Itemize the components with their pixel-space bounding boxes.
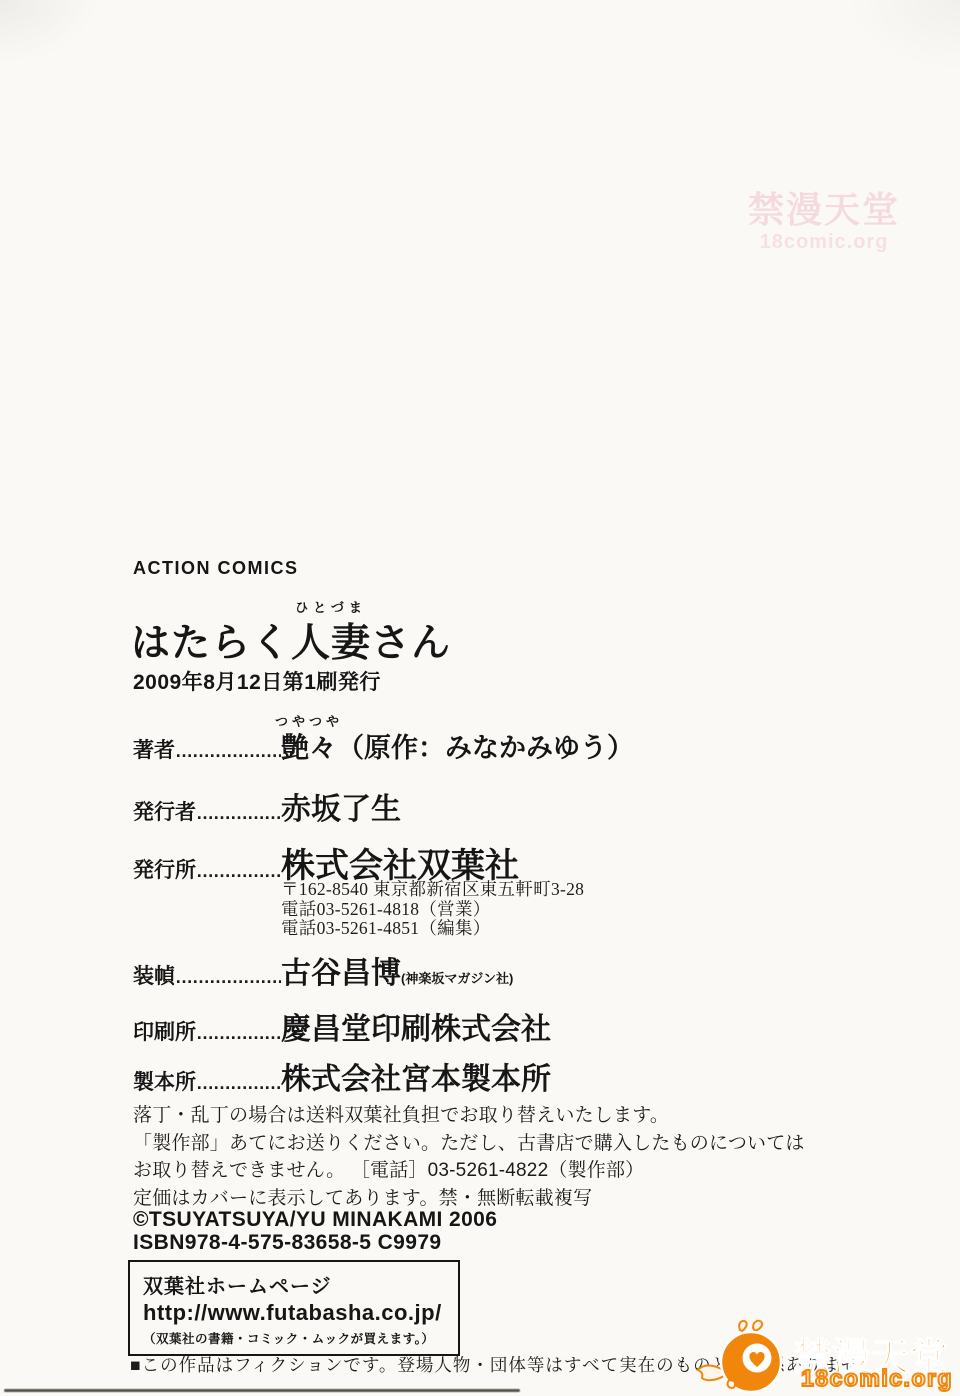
homepage-box-title: 双葉社ホームページ (143, 1270, 446, 1299)
title-furigana: ひとづま (295, 597, 367, 616)
title-post: さん (371, 612, 451, 668)
address-phone-editorial: 電話03-5261-4851（編集） (281, 919, 584, 939)
design-studio-note: (神楽坂マガジン社) (401, 968, 513, 987)
credit-row-author: 著者……………………………………………… つやつや艶々（原作：みなかみゆう） (133, 726, 634, 766)
isbn-line: ISBN978-4-575-83658-5 C9979 (133, 1231, 442, 1255)
bindery-value: 株式会社宮本製本所 (281, 1054, 551, 1098)
homepage-note: （双葉社の書籍・コミック・ムックが買えます。） (143, 1329, 446, 1347)
homepage-url: http://www.futabasha.co.jp/ (143, 1300, 446, 1326)
publisher-label: 発行者 (133, 796, 196, 826)
bindery-label: 製本所 (133, 1066, 196, 1096)
notice-line: 落丁・乱丁の場合は送料双葉社負担でお取り替えいたします。 (133, 1102, 805, 1130)
watermark-site-text: 18comic.org (748, 231, 900, 254)
watermark-bottom-right: 禁漫天堂 18comic.org (693, 1318, 960, 1396)
watermark-brand-text: 禁漫天堂 (748, 182, 900, 233)
site-url-text: 18comic.org (801, 1365, 953, 1392)
leader-dots: ……………………………………………… (196, 861, 281, 882)
address-line: 〒162-8540 東京都新宿区東五軒町3-28 (281, 880, 584, 900)
pub-house-label: 発行所 (133, 854, 196, 884)
printer-value: 慶昌堂印刷株式会社 (281, 1004, 551, 1048)
credit-row-bindery: 製本所……………………………………………… 株式会社宮本製本所 (133, 1054, 551, 1098)
author-label: 著者 (133, 734, 175, 764)
copyright-line: ©TSUYATSUYA/YU MINAKAMI 2006 (133, 1208, 497, 1232)
notice-line: 「製作部」あてにお送りください。ただし、古書店で購入したものについては (133, 1130, 805, 1158)
homepage-box: 双葉社ホームページ http://www.futabasha.co.jp/ （双… (128, 1260, 460, 1356)
leader-dots: ……………………………………………… (196, 803, 281, 824)
publisher-value: 赤坂了生 (281, 784, 401, 828)
imprint-label: ACTION COMICS (133, 558, 299, 579)
credit-row-printer: 印刷所……………………………………………… 慶昌堂印刷株式会社 (133, 1004, 551, 1048)
leader-dots: ……………………………………………… (175, 967, 281, 988)
printer-label: 印刷所 (133, 1016, 196, 1046)
legal-notices: 落丁・乱丁の場合は送料双葉社負担でお取り替えいたします。 「製作部」あてにお送り… (133, 1102, 805, 1212)
author-value: つやつや艶々（原作：みなかみゆう） (281, 726, 634, 766)
credit-row-design: 装幀……………………………………………… 古谷昌博 (神楽坂マガジン社) (133, 948, 513, 992)
scan-edge-line (4, 1389, 520, 1392)
author-furigana: つやつや (275, 711, 343, 730)
design-label: 装幀 (133, 960, 175, 990)
leader-dots: ……………………………………………… (196, 1073, 281, 1094)
whale-mascot-icon (693, 1318, 793, 1396)
address-phone-sales: 電話03-5261-4818（営業） (281, 900, 584, 920)
title-pre: はたらく (131, 612, 291, 668)
publisher-address: 〒162-8540 東京都新宿区東五軒町3-28 電話03-5261-4818（… (281, 880, 584, 939)
title-ruby-group: ひとづま人妻 (291, 612, 371, 668)
print-date: 2009年8月12日第1刷発行 (133, 666, 381, 696)
leader-dots: ……………………………………………… (175, 741, 281, 762)
leader-dots: ……………………………………………… (196, 1023, 281, 1044)
notice-line: お取り替えできません。 ［電話］03-5261-4822（製作部） (133, 1157, 805, 1185)
author-original-credit: （原作：みなかみゆう） (337, 733, 634, 763)
book-title: はたらくひとづま人妻さん (131, 612, 451, 668)
watermark-top-right: 禁漫天堂 18comic.org (748, 182, 900, 254)
title-ruby-base: 人妻 (291, 622, 371, 665)
design-value: 古谷昌博 (281, 948, 401, 992)
credit-row-publisher: 発行者……………………………………………… 赤坂了生 (133, 784, 401, 828)
